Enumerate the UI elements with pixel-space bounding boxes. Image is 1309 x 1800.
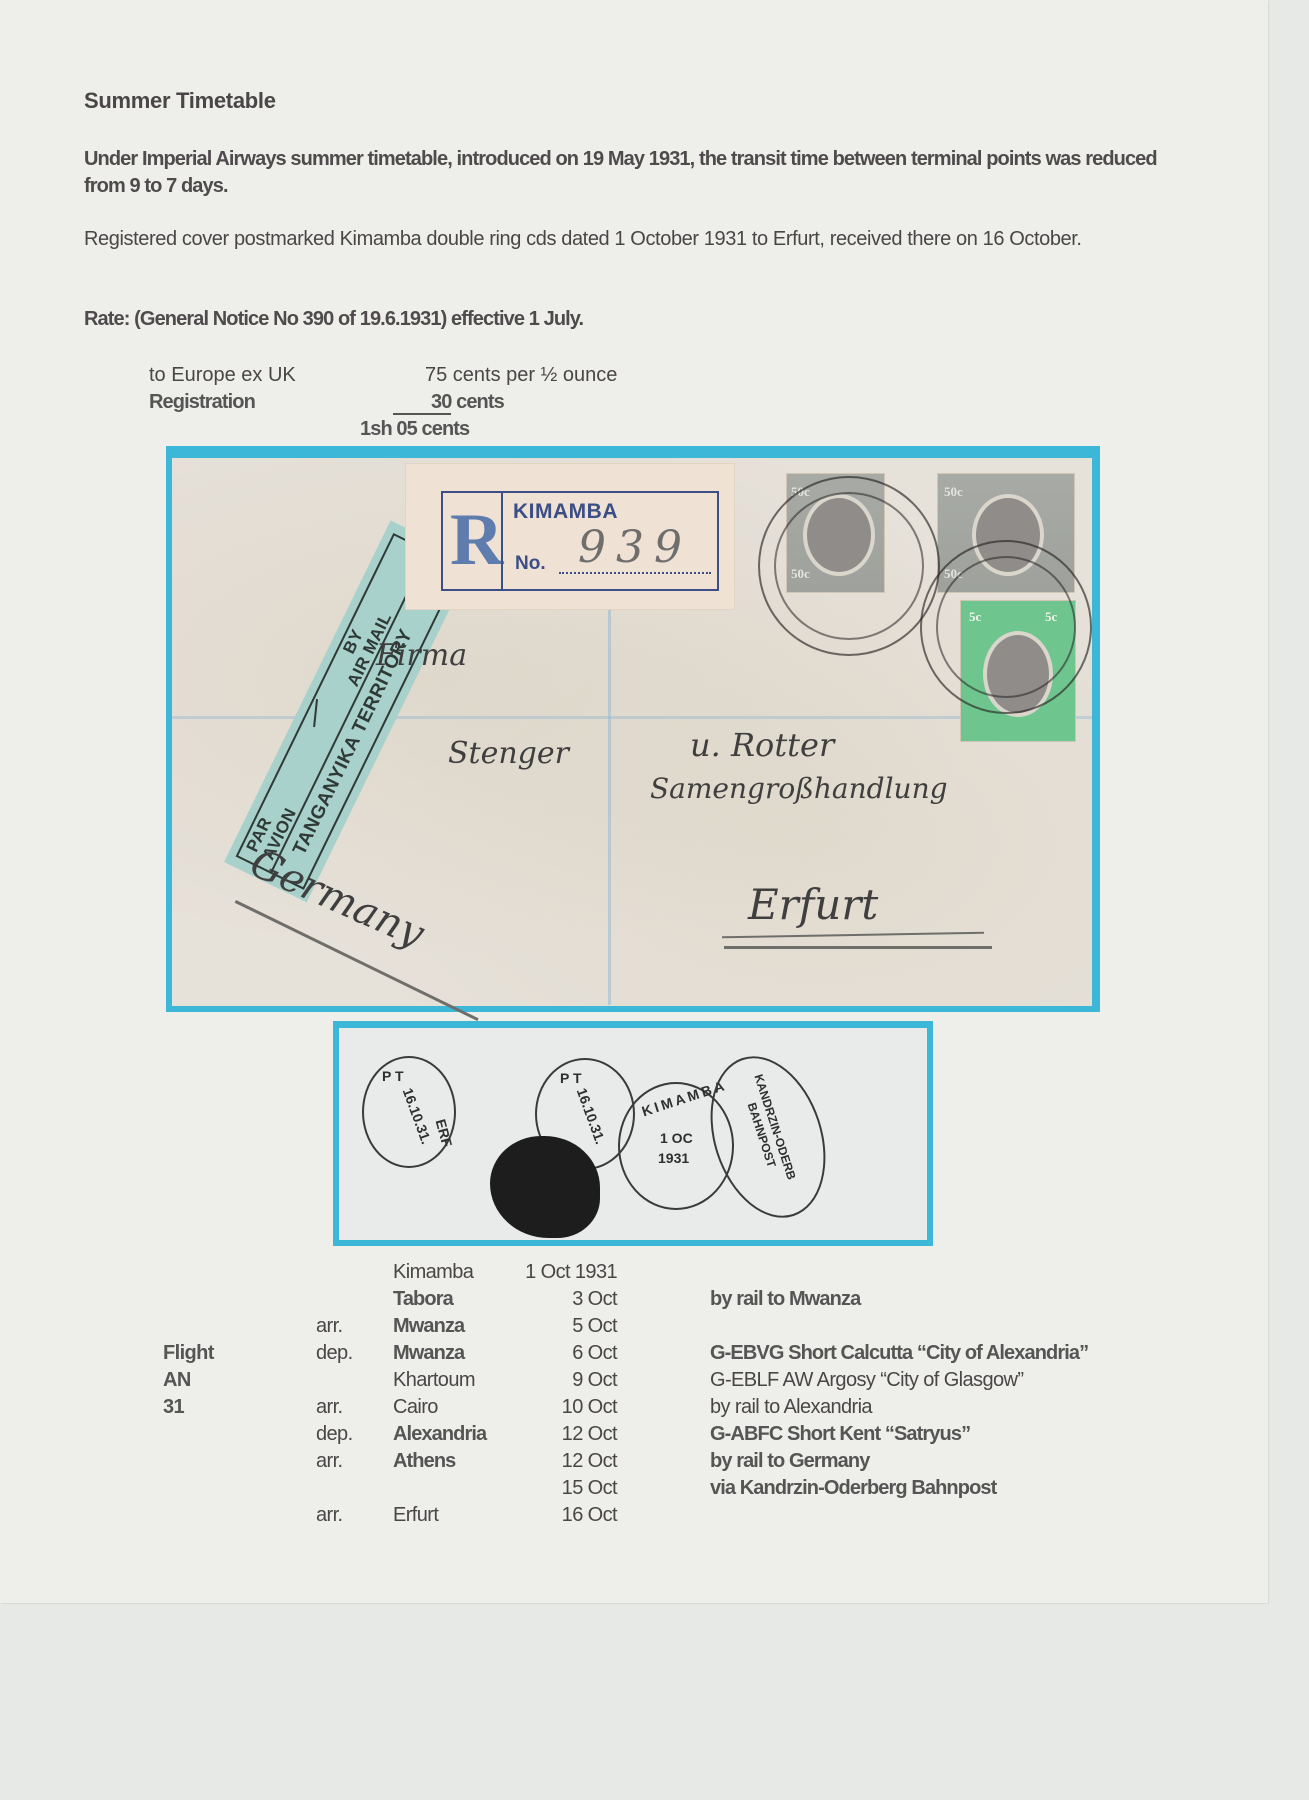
timetable-row: dep.Alexandria12 OctG-ABFC Short Kent “S… — [0, 1421, 1200, 1448]
erfurt-postmark-1-top: P T — [382, 1068, 404, 1084]
timetable-place: Mwanza — [393, 1313, 464, 1340]
timetable-date: 1 Oct 1931 — [520, 1259, 617, 1286]
timetable-note: by rail to Mwanza — [710, 1286, 860, 1313]
registration-divider — [501, 491, 503, 589]
timetable-date: 6 Oct — [520, 1340, 617, 1367]
timetable-note: G-EBLF AW Argosy “City of Glasgow” — [710, 1367, 1023, 1394]
timetable-row: arr.Athens12 Octby rail to Germany — [0, 1448, 1200, 1475]
timetable-row: Khartoum9 OctG-EBLF AW Argosy “City of G… — [0, 1367, 1200, 1394]
timetable-row: 15 Octvia Kandrzin-Oderberg Bahnpost — [0, 1475, 1200, 1502]
intro-paragraph: Under Imperial Airways summer timetable,… — [84, 146, 1184, 200]
registration-number: 939 — [578, 522, 692, 573]
kimamba-backstamp-date: 1 OC — [660, 1130, 693, 1146]
timetable-place: Erfurt — [393, 1502, 438, 1529]
timetable-date: 16 Oct — [520, 1502, 617, 1529]
timetable-tag: dep. — [316, 1340, 353, 1367]
registration-office: KIMAMBA — [513, 500, 618, 524]
address-stenger: Stenger — [448, 736, 569, 771]
timetable-note: by rail to Germany — [710, 1448, 869, 1475]
rate-value-europe: 75 cents per ½ ounce — [425, 362, 617, 389]
timetable-date: 9 Oct — [520, 1367, 617, 1394]
kimamba-cds-postmark-2 — [920, 540, 1092, 714]
address-erfurt: Erfurt — [748, 880, 878, 929]
rate-label-europe: to Europe ex UK — [149, 362, 296, 389]
address-rotter: u. Rotter — [690, 726, 834, 764]
timetable-place: Khartoum — [393, 1367, 475, 1394]
timetable-date: 3 Oct — [520, 1286, 617, 1313]
timetable-place: Mwanza — [393, 1340, 464, 1367]
timetable-note: G-EBVG Short Calcutta “City of Alexandri… — [710, 1340, 1088, 1367]
timetable-tag: arr. — [316, 1502, 343, 1529]
erfurt-postmark-2-top: P T — [560, 1070, 582, 1086]
timetable-row: arr.Mwanza5 Oct — [0, 1313, 1200, 1340]
timetable-tag: arr. — [316, 1394, 343, 1421]
rate-value-registration: 30 cents — [393, 389, 504, 416]
timetable-date: 15 Oct — [520, 1475, 617, 1502]
timetable-row: Kimamba1 Oct 1931 — [0, 1259, 1200, 1286]
timetable-row: Tabora3 Octby rail to Mwanza — [0, 1286, 1200, 1313]
timetable-row: dep.Mwanza6 OctG-EBVG Short Calcutta “Ci… — [0, 1340, 1200, 1367]
timetable-note: via Kandrzin-Oderberg Bahnpost — [710, 1475, 996, 1502]
timetable-date: 12 Oct — [520, 1448, 617, 1475]
timetable-tag: arr. — [316, 1313, 343, 1340]
erfurt-underline-2 — [724, 946, 992, 949]
timetable-row: arr.Erfurt16 Oct — [0, 1502, 1200, 1529]
timetable-row: arr.Cairo10 Octby rail to Alexandria — [0, 1394, 1200, 1421]
rate-label-registration: Registration — [149, 389, 255, 416]
timetable-date: 5 Oct — [520, 1313, 617, 1340]
timetable-tag: arr. — [316, 1448, 343, 1475]
rate-heading: Rate: (General Notice No 390 of 19.6.193… — [84, 306, 1184, 333]
timetable-place: Alexandria — [393, 1421, 486, 1448]
rate-registration-number: 30 — [393, 391, 451, 415]
registration-no-label: No. — [515, 553, 546, 575]
timetable-place: Athens — [393, 1448, 455, 1475]
cover-description: Registered cover postmarked Kimamba doub… — [84, 226, 1184, 253]
kimamba-backstamp-year: 1931 — [658, 1150, 689, 1166]
address-firma: Firma — [376, 638, 467, 673]
timetable-note: by rail to Alexandria — [710, 1394, 872, 1421]
timetable-place: Cairo — [393, 1394, 438, 1421]
timetable-date: 10 Oct — [520, 1394, 617, 1421]
timetable-note: G-ABFC Short Kent “Satryus” — [710, 1421, 970, 1448]
rate-total: 1sh 05 cents — [360, 416, 469, 443]
kimamba-cds-postmark-1 — [758, 476, 940, 656]
registration-r-letter: R — [450, 500, 498, 580]
timetable-place: Kimamba — [393, 1259, 473, 1286]
address-samengrosshandlung: Samengroßhandlung — [650, 772, 948, 805]
rate-registration-unit: cents — [451, 391, 503, 413]
page-title: Summer Timetable — [84, 88, 276, 114]
timetable-tag: dep. — [316, 1421, 353, 1448]
timetable-date: 12 Oct — [520, 1421, 617, 1448]
registration-line-vertical — [608, 600, 611, 1005]
airmail-etiquette: PARAVION BYAIR MAIL TANGANYIKA TERRITORY — [224, 482, 312, 862]
timetable-place: Tabora — [393, 1286, 453, 1313]
